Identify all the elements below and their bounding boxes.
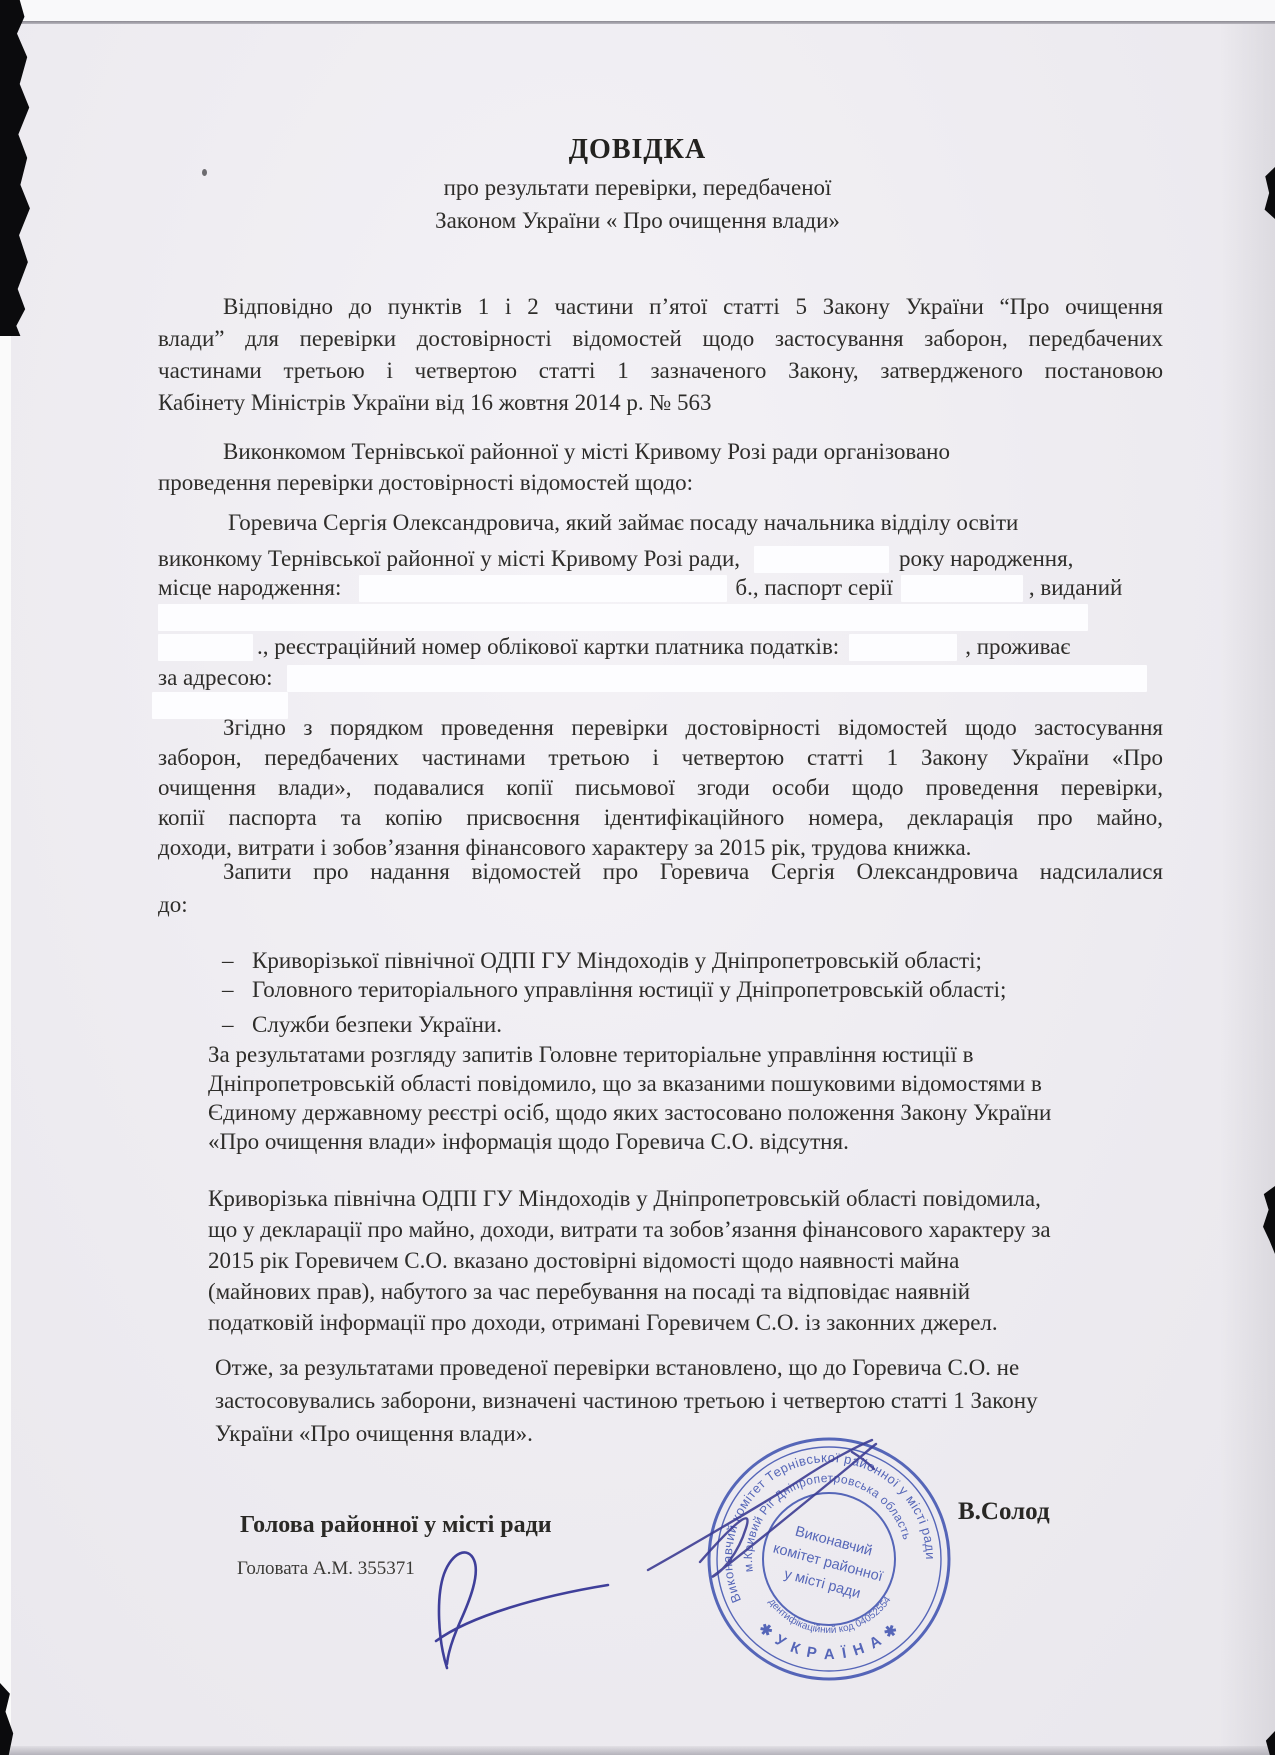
subject-text: за адресою: <box>158 665 273 690</box>
subject-line-6: за адресою: <box>158 665 1147 692</box>
subject-text: , проживає <box>965 634 1070 659</box>
paragraph-line: Отже, за результатами проведеної перевір… <box>215 1351 1205 1384</box>
scan-edge-shade-right <box>1220 0 1275 1755</box>
scan-artifact-bottom-left <box>0 1683 22 1755</box>
paragraph-line: копії паспорта та копію присвоєння ідент… <box>158 803 1163 833</box>
subject-text: року народження, <box>899 546 1073 571</box>
list-item: – Головного територіального управління ю… <box>222 977 1222 1006</box>
paragraph-line: Виконкомом Тернівської районної у місті … <box>158 436 1163 467</box>
list-item: – Криворізької північної ОДПІ ГУ Міндохо… <box>222 948 1222 977</box>
redaction-box <box>359 575 727 602</box>
subject-line-4 <box>158 604 1088 631</box>
list-dash: – <box>222 977 252 1006</box>
subject-line-1: Горевича Сергія Олександровича, який зай… <box>228 510 1018 536</box>
paragraph-line: За результатами розгляду запитів Головне… <box>208 1040 1198 1069</box>
paragraph-tax-reply: Криворізька північна ОДПІ ГУ Міндоходів … <box>208 1183 1198 1338</box>
paragraph-line: податковій інформації про доходи, отрима… <box>208 1307 1198 1338</box>
document-subtitle-line1: про результати перевірки, передбаченої <box>0 175 1275 201</box>
document-header: ДОВІДКА про результати перевірки, передб… <box>0 134 1275 234</box>
redaction-box <box>158 604 1088 631</box>
paragraph-justice-reply: За результатами розгляду запитів Головне… <box>208 1040 1198 1156</box>
paragraph-line: що у декларації про майно, доходи, витра… <box>208 1214 1198 1245</box>
redaction-box <box>754 546 889 573</box>
paragraph-organizer: Виконкомом Тернівської районної у місті … <box>158 436 1163 498</box>
recipients-list: – Криворізької північної ОДПІ ГУ Міндохо… <box>222 948 1222 1041</box>
redaction-box <box>901 575 1023 602</box>
paragraph-line: влади” для перевірки достовірності відом… <box>158 323 1163 355</box>
paragraph-line: Дніпропетровській області повідомило, що… <box>208 1069 1198 1098</box>
paragraph-line: Відповідно до пунктів 1 і 2 частини п’ят… <box>158 291 1163 323</box>
document-title: ДОВІДКА <box>0 134 1275 166</box>
paragraph-line: (майнових прав), набутого за час перебув… <box>208 1276 1198 1307</box>
scanner-strip-top <box>0 0 1275 21</box>
subject-line-3: місце народження:б., паспорт серії, вида… <box>158 575 1122 602</box>
paragraph-line: проведення перевірки достовірності відом… <box>158 467 1163 498</box>
paragraph-legal-basis: Відповідно до пунктів 1 і 2 частини п’ят… <box>158 291 1163 419</box>
signature-left <box>436 1552 608 1668</box>
clerk-note: Головата А.М. 355371 <box>237 1558 415 1580</box>
paragraph-line: Згідно з порядком проведення перевірки д… <box>158 713 1163 743</box>
document-subtitle-line2: Законом України « Про очищення влади» <box>0 208 1275 234</box>
scan-edge-shade-bottom <box>0 1746 1275 1755</box>
stamp-id-code-text: Ідентифікаційний код 04052554 <box>669 1399 894 1636</box>
list-item-text: Головного територіального управління юст… <box>252 977 1006 1006</box>
paragraph-line: очищення влади», подавалися копії письмо… <box>158 773 1163 803</box>
paragraph-procedure: Згідно з порядком проведення перевірки д… <box>158 713 1163 863</box>
paragraph-line: «Про очищення влади» інформація щодо Гор… <box>208 1127 1198 1156</box>
subject-text: б., паспорт серії <box>735 575 892 600</box>
subject-line-5: ., реєстраційний номер облікової картки … <box>158 634 1070 661</box>
subject-text: ., реєстраційний номер облікової картки … <box>257 634 839 659</box>
subject-line-2: виконкому Тернівської районної у місті К… <box>158 546 1073 573</box>
subject-text: , виданий <box>1029 575 1123 600</box>
list-item-text: Служби безпеки України. <box>252 1012 502 1041</box>
paragraph-line: Єдиному державному реєстрі осіб, щодо як… <box>208 1098 1198 1127</box>
list-dash: – <box>222 1012 252 1041</box>
paragraph-requests-to: до: <box>158 890 188 920</box>
list-item-text: Криворізької північної ОДПІ ГУ Міндоході… <box>252 948 982 977</box>
paragraph-requests-intro: Запити про надання відомостей про Гореви… <box>158 857 1163 887</box>
redaction-box <box>287 665 1147 692</box>
list-item: – Служби безпеки України. <box>222 1012 1222 1041</box>
paragraph-line: заборон, передбачених частинами третьою … <box>158 743 1163 773</box>
position-title: Голова районної у місті ради <box>240 1512 552 1539</box>
list-dash: – <box>222 948 252 977</box>
scanned-document-page: ДОВІДКА про результати перевірки, передб… <box>0 0 1275 1755</box>
paper-edge-line <box>10 21 1275 24</box>
paragraph-line: Криворізька північна ОДПІ ГУ Міндоходів … <box>208 1183 1198 1214</box>
paragraph-line: частинами третьою і четвертою статті 1 з… <box>158 355 1163 387</box>
paragraph-line: Кабінету Міністрів України від 16 жовтня… <box>158 387 1163 419</box>
paragraph-line: 2015 рік Горевичем С.О. вказано достовір… <box>208 1245 1198 1276</box>
subject-text: виконкому Тернівської районної у місті К… <box>158 546 740 571</box>
stamp-center-text: Виконавчий комітет районної у місті ради <box>766 1519 891 1606</box>
redaction-box <box>849 634 957 661</box>
subject-text: місце народження: <box>158 575 341 600</box>
official-stamp: Виконавчий комітет Тернівської районної … <box>669 1399 989 1719</box>
redaction-box <box>158 634 253 661</box>
